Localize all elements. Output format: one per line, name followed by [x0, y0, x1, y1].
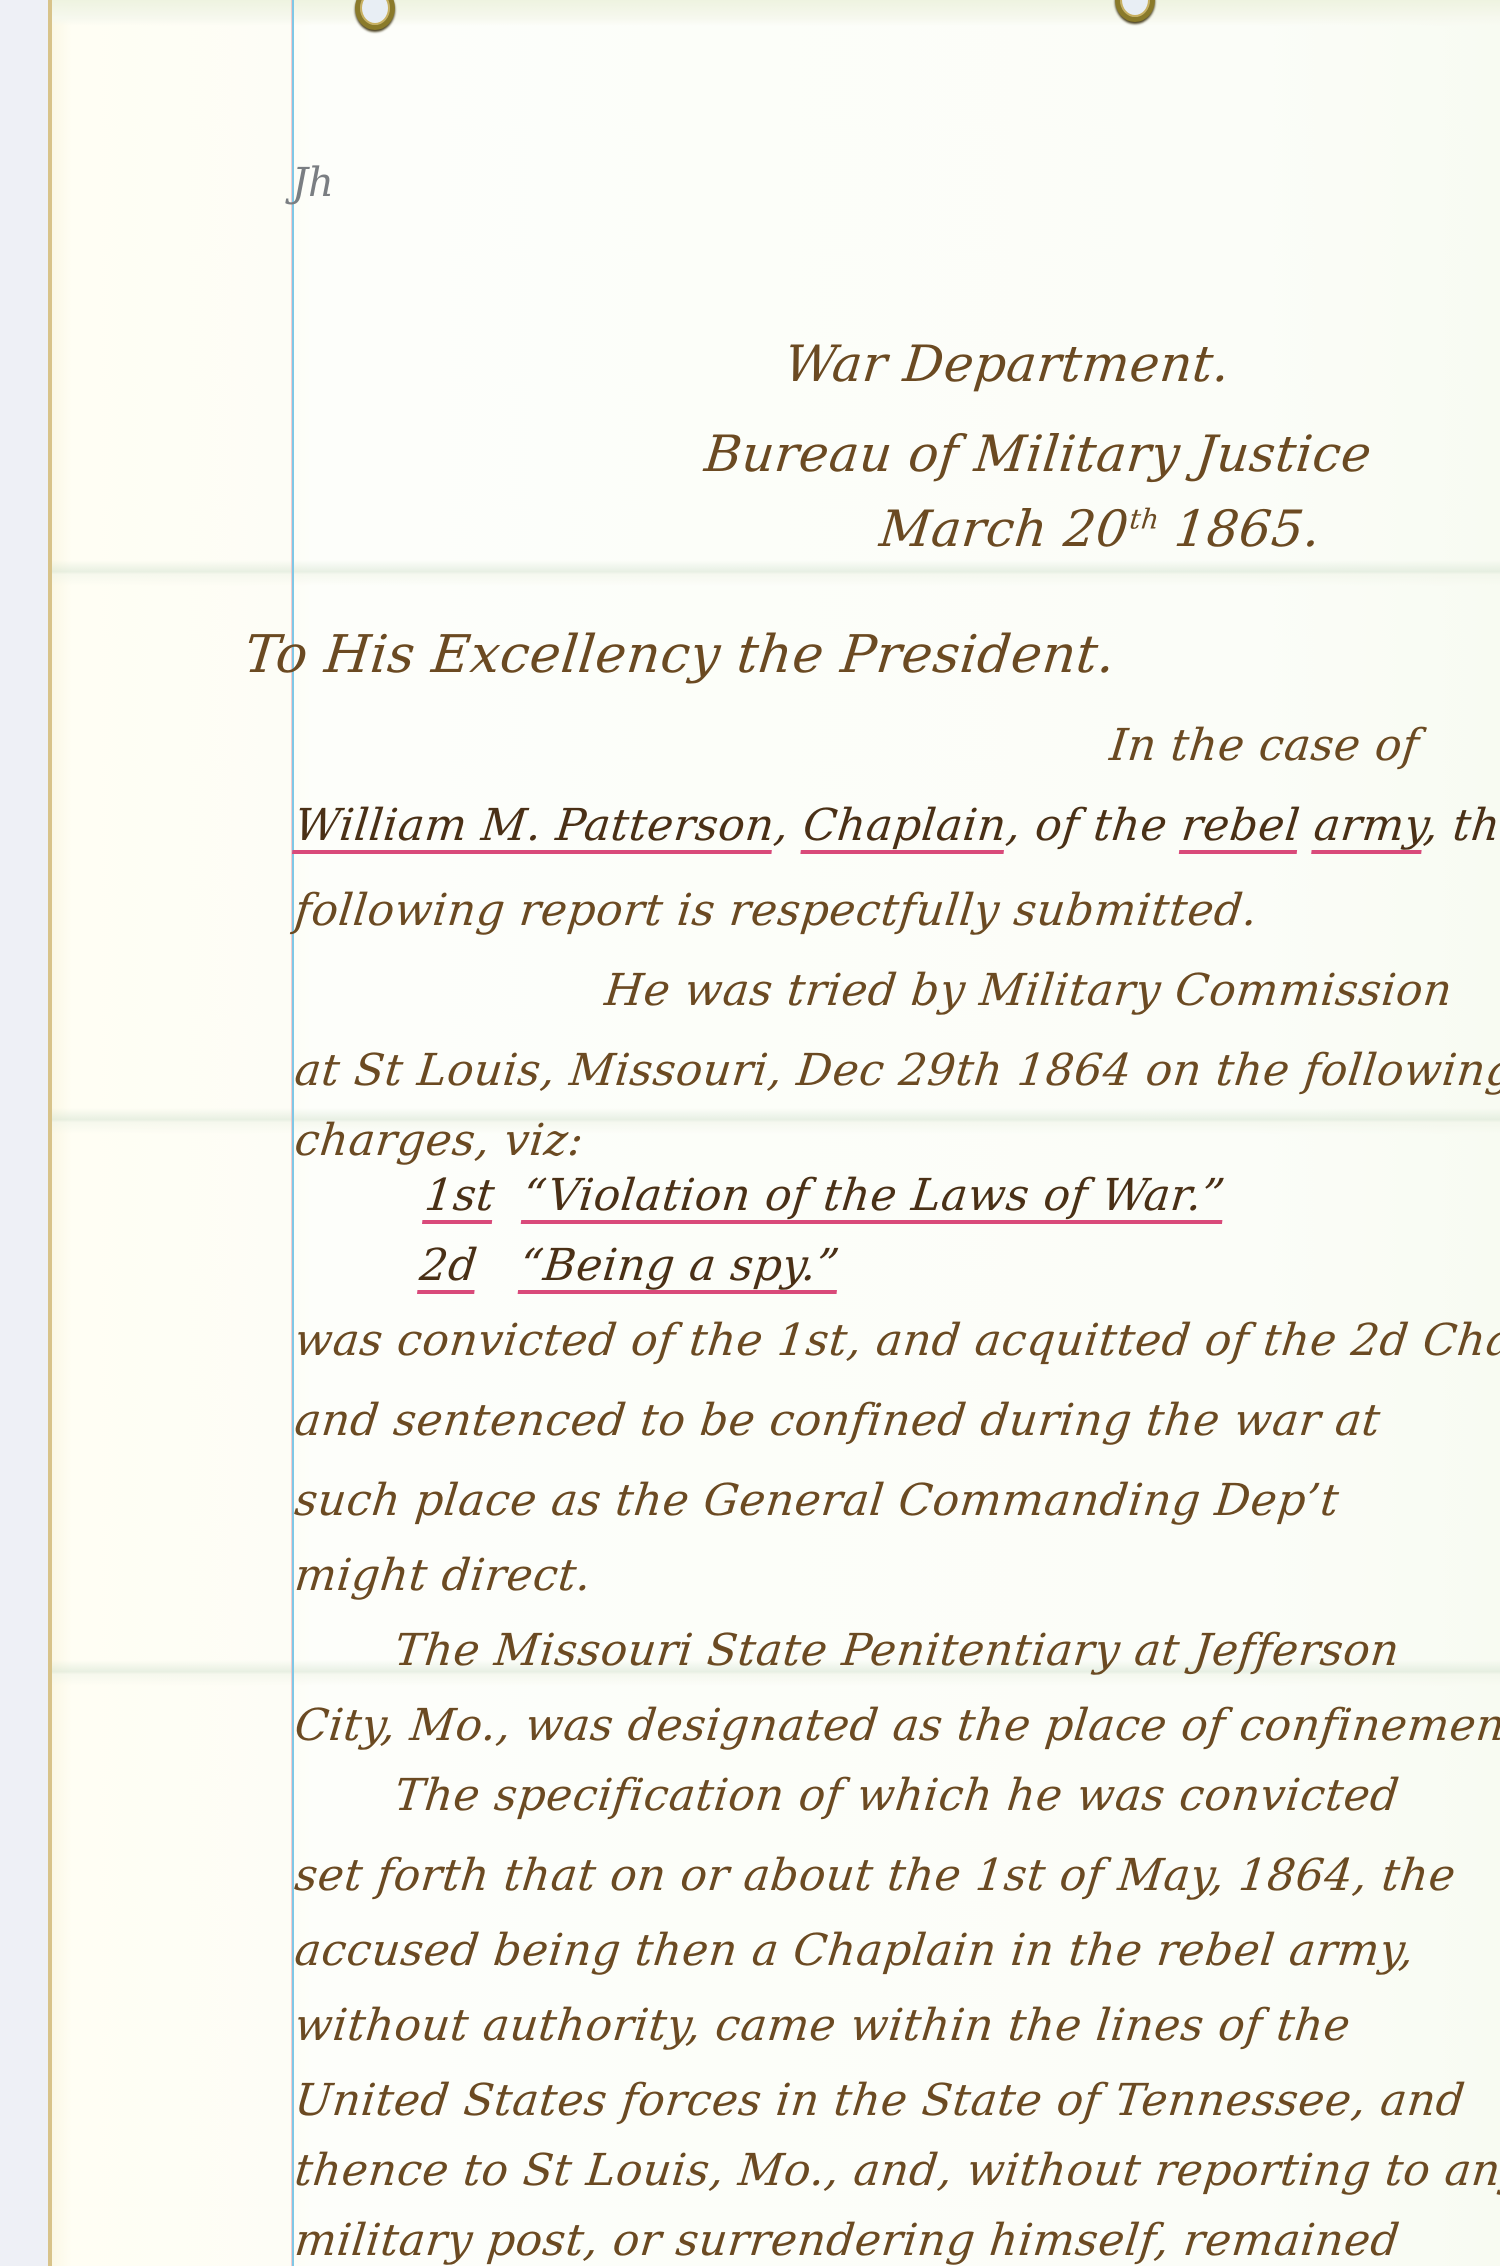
body-line: following report is respectfully submitt…	[292, 885, 1260, 936]
body-line: at St Louis, Missouri, Dec 29th 1864 on …	[292, 1045, 1500, 1096]
accused-name: William M. Patterson	[292, 800, 777, 851]
date-year: 1865.	[1155, 500, 1323, 558]
charge-2: 2d “Being a spy.”	[417, 1240, 842, 1291]
salutation: To His Excellency the President.	[242, 625, 1118, 685]
body-line: In the case of	[1107, 720, 1421, 771]
letterhead-date: March 20th 1865.	[877, 500, 1324, 558]
charge-text: “Being a spy.”	[518, 1240, 842, 1291]
date-ordinal: th	[1128, 503, 1161, 535]
body-line: military post, or surrendering himself, …	[292, 2215, 1402, 2266]
charge-text: “Violation of the Laws of War.”	[521, 1170, 1228, 1221]
body-line: might direct.	[292, 1550, 593, 1601]
underlined-rebel: rebel	[1179, 800, 1302, 851]
letterhead-bureau: Bureau of Military Justice	[702, 425, 1375, 483]
body-line: and sentenced to be confined during the …	[292, 1395, 1383, 1446]
letterhead-department: War Department.	[782, 335, 1233, 393]
underlined-army: army	[1311, 800, 1426, 851]
charge-ordinal: 2d	[417, 1240, 480, 1291]
marginal-pencil-mark: Jh	[292, 160, 334, 206]
body-line: City, Mo., was designated as the place o…	[292, 1700, 1500, 1751]
text-fragment: , of the	[1004, 800, 1185, 851]
body-line: charges, viz:	[292, 1115, 586, 1166]
body-line: without authority, came within the lines…	[292, 2000, 1353, 2051]
charge-1: 1st “Violation of the Laws of War.”	[422, 1170, 1227, 1221]
body-line: United States forces in the State of Ten…	[292, 2075, 1467, 2126]
fold-crease	[52, 1108, 1500, 1134]
charge-ordinal: 1st	[422, 1170, 497, 1221]
scanned-document: Jh War Department. Bureau of Military Ju…	[0, 0, 1500, 2266]
body-line-subject: William M. Patterson, Chaplain, of the r…	[292, 800, 1500, 851]
accused-rank: Chaplain	[801, 800, 1009, 851]
paper-top-shadow	[52, 0, 1500, 26]
body-line: He was tried by Military Commission	[602, 965, 1455, 1016]
text-fragment: , the	[1422, 800, 1500, 851]
body-line: such place as the General Commanding Dep…	[292, 1475, 1341, 1526]
fold-crease	[52, 560, 1500, 586]
body-line: accused being then a Chaplain in the reb…	[292, 1925, 1416, 1976]
body-line: The Missouri State Penitentiary at Jeffe…	[392, 1625, 1402, 1676]
margin-rule	[292, 0, 294, 2266]
body-line: thence to St Louis, Mo., and, without re…	[292, 2145, 1500, 2196]
date-day: March 20	[877, 500, 1132, 558]
body-line: The specification of which he was convic…	[392, 1770, 1401, 1821]
body-line: was convicted of the 1st, and acquitted …	[292, 1315, 1500, 1366]
body-line: set forth that on or about the 1st of Ma…	[292, 1850, 1458, 1901]
